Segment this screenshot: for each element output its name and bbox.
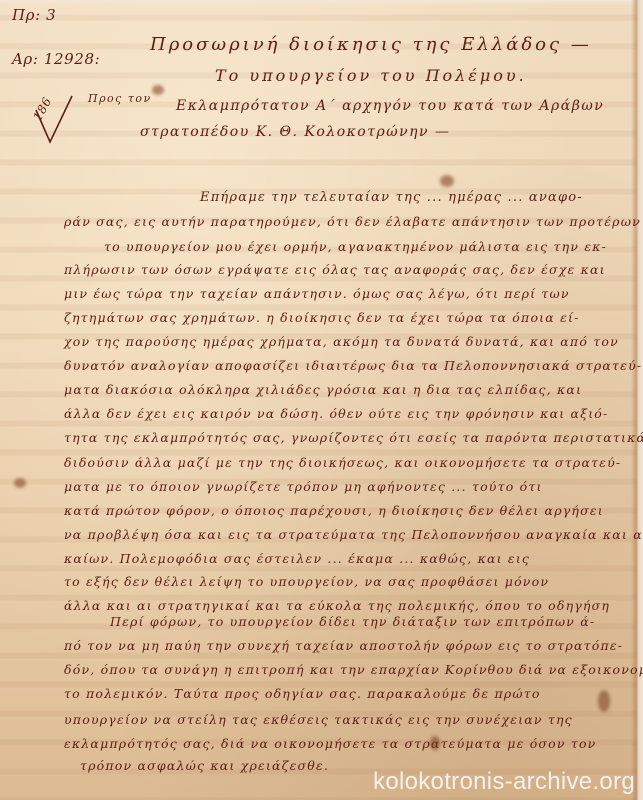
body-line: εκλαμπρότητός σας, διά να οικονομήσετε τ… (64, 736, 597, 751)
body-line: πλήρωσιν των όσων εγράψατε εις όλας τας … (64, 262, 606, 277)
body-line: ράν σας, εις αυτήν παρατηρούμεν, ότι δεν… (64, 214, 641, 229)
watermark: kolokotronis-archive.org (373, 768, 635, 796)
body-line: Περί φόρων, το υπουργείον δίδει την διάτ… (110, 614, 595, 629)
body-line: ζητημάτων σας χρημάτων. η διοίκησις δεν … (64, 310, 580, 325)
body-line: μιν έως τώρα την ταχείαν απάντησιν. όμως… (64, 286, 570, 301)
body-line: καίων. Πολεμοφόδια σας έστειλεν ... έκαμ… (64, 551, 530, 566)
ink-stain (598, 690, 610, 712)
paper-right-edge (631, 0, 643, 800)
ink-stain (440, 175, 454, 187)
address-line-2: στρατοπέδου Κ. Θ. Κολοκοτρώνην — (140, 124, 450, 140)
body-line: το υπουργείον μου έχει ορμήν, αγανακτημέ… (104, 239, 607, 254)
paper-top-edge (0, 0, 643, 6)
title-line-1: Προσωρινή διοίκησις της Ελλάδος — (150, 34, 592, 55)
body-line: ματα με το όποιον γνωρίζετε τρόπον μη αφ… (64, 479, 543, 494)
title-line-2: Το υπουργείον του Πολέμου. (215, 66, 527, 85)
body-line: υπουργείον να στείλη τας εκθέσεις τακτικ… (64, 712, 573, 727)
body-line: κατά πρώτον φόρον, ο όποιος παρέχουσι, η… (64, 503, 604, 518)
ink-stain (430, 736, 440, 750)
manuscript-page: Πρ: 3 Αρ: 12928: 186 Προσωρινή διοίκησις… (0, 0, 643, 800)
address-prefix: Προς τον (88, 92, 152, 105)
body-line: δόν, όπου τα συνάγη η επιτροπή και την ε… (64, 662, 643, 677)
body-line: χον της παρούσης ημέρας χρήματα, ακόμη τ… (64, 334, 619, 349)
body-line: να προβλέψη όσα και εις τα στρατεύματα τ… (64, 527, 643, 542)
margin-number-ref: Αρ: 12928: (12, 50, 100, 68)
ink-stain (14, 478, 26, 488)
ink-bleedthrough (0, 0, 643, 800)
body-line: διδούσιν άλλα μαζί με την της διοικήσεως… (64, 455, 621, 470)
body-line: πό τον να μη παύη την συνεχή ταχείαν απο… (64, 638, 623, 653)
body-line: Επήραμε την τελευταίαν της ... ημέρας ..… (200, 190, 583, 205)
ink-stain (152, 85, 164, 95)
address-line-1: Εκλαμπρότατον Α΄ αρχηγόν του κατά των Αρ… (176, 98, 604, 114)
margin-page-ref: Πρ: 3 (12, 6, 56, 24)
body-line: άλλα και αι στρατηγικαί και τα εύκολα τη… (64, 598, 610, 613)
body-line: το εξής δεν θέλει λείψη το υπουργείον, ν… (64, 574, 549, 589)
body-line: το πολεμικόν. Ταύτα προς οδηγίαν σας. πα… (64, 686, 541, 701)
body-line: τρόπον ασφαλώς και χρειάζεσθε. (80, 758, 329, 773)
body-line: ματα διακόσια ολόκληρα χιλιάδες γρόσια κ… (64, 382, 582, 397)
body-line: τητα της εκλαμπρότητός σας, γνωρίζοντες … (64, 430, 643, 445)
body-line: άλλα δεν έχει εις καιρόν να δώση. όθεν ο… (64, 406, 608, 421)
body-line: δυνατόν αναλογίαν αποφασίζει ιδιαιτέρως … (64, 358, 642, 373)
